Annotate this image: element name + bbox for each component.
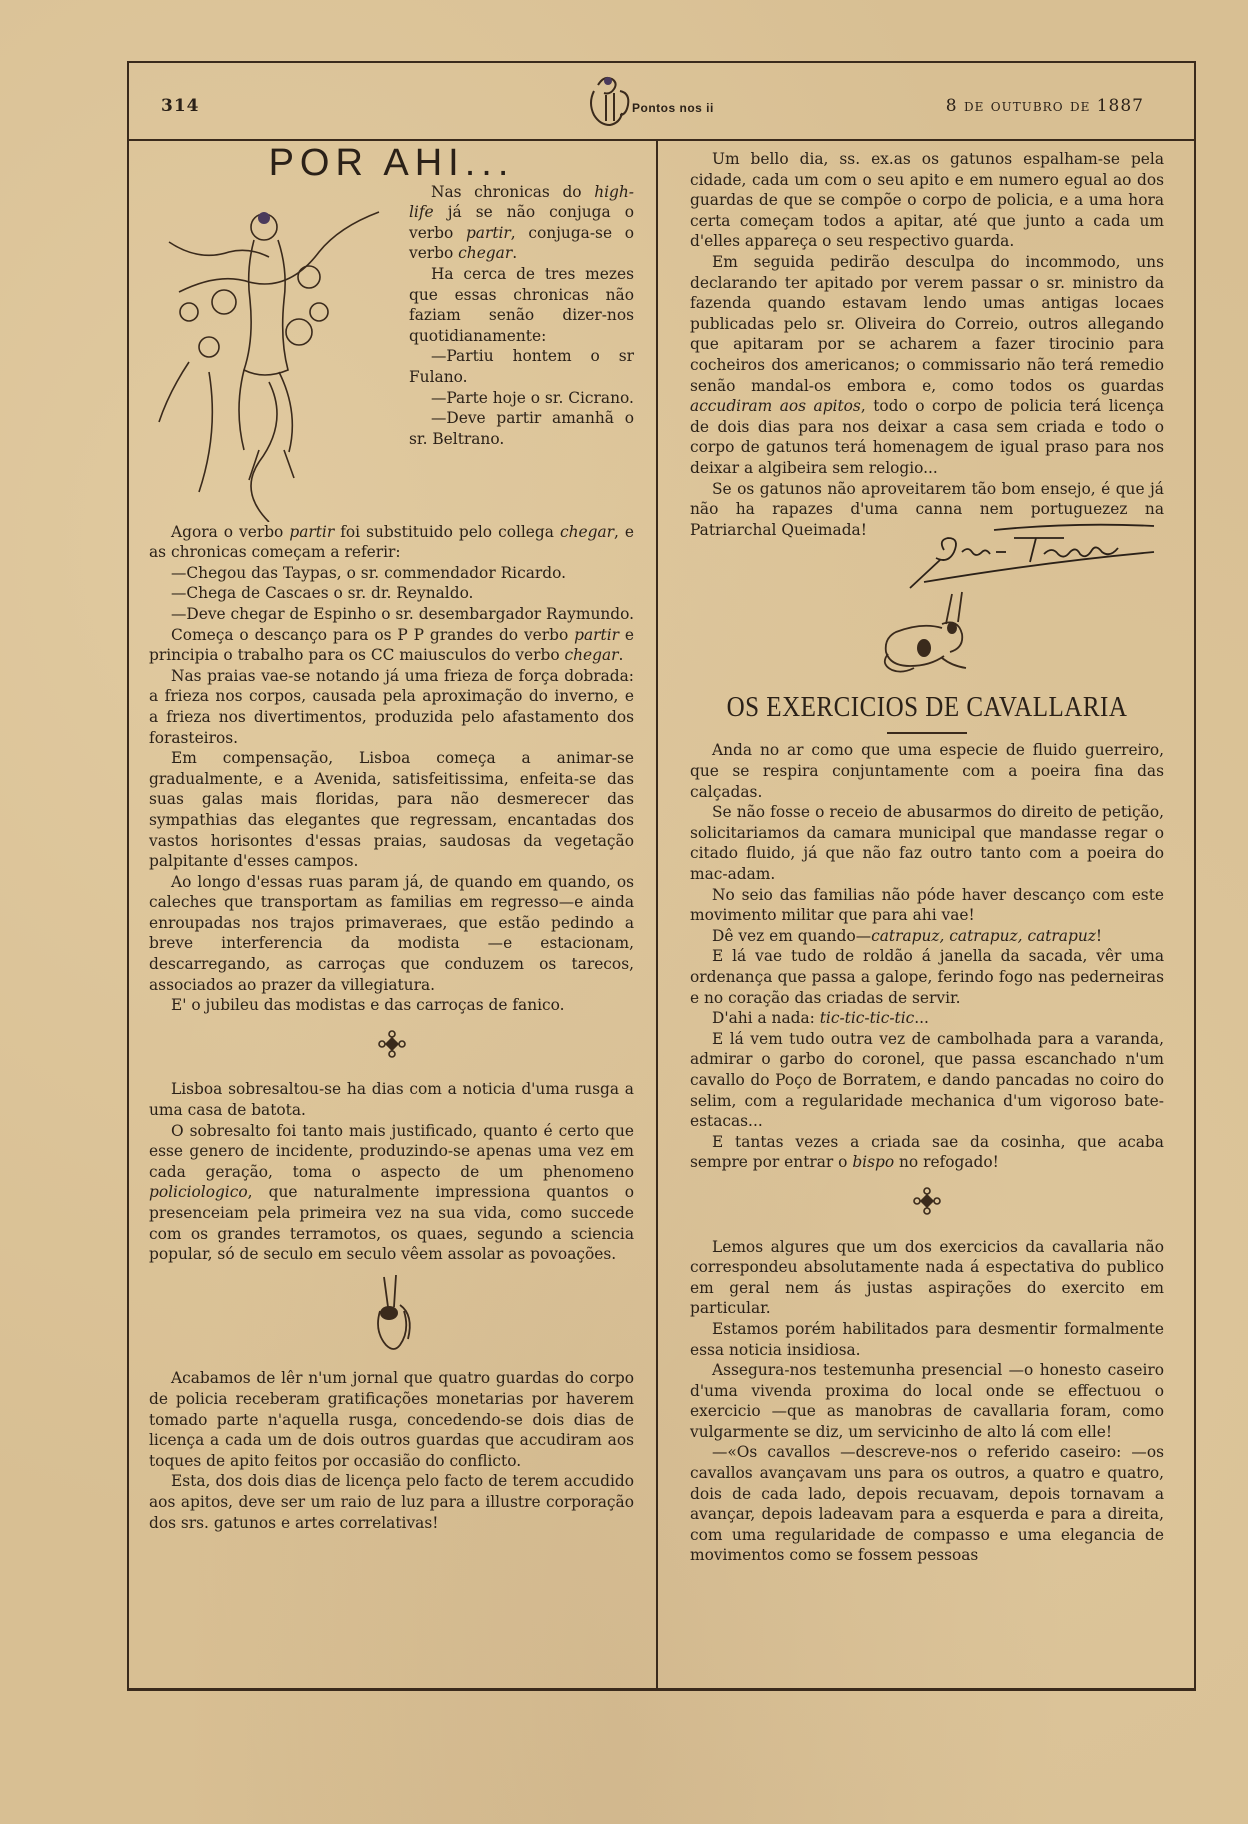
paragraph: E tantas vezes a criada sae da cosinha, … — [690, 1132, 1164, 1173]
masthead: Pontos nos ii — [584, 68, 734, 134]
rabbit-head-illustration — [149, 1271, 634, 1361]
masthead-figure-icon — [584, 71, 636, 131]
title-rule — [887, 732, 967, 734]
signature-pan-tarantula-icon — [884, 522, 1164, 592]
paragraph: No seio das familias não póde haver desc… — [690, 885, 1164, 926]
paragraph: Esta, dos dois dias de licença pelo fact… — [149, 1471, 634, 1533]
paragraph: Começa o descanço para os P P grandes do… — [149, 625, 634, 666]
woman-with-flowers-illustration — [149, 182, 399, 522]
paragraph: Estamos porém habilitados para desmentir… — [690, 1319, 1164, 1360]
paragraph: Assegura-nos testemunha presencial —o ho… — [690, 1360, 1164, 1442]
paragraph: —Deve chegar de Espinho o sr. desembarga… — [149, 604, 634, 625]
rabbit-head-icon — [362, 1271, 422, 1355]
paragraph: —«Os cavallos —descreve-nos o referido c… — [690, 1442, 1164, 1566]
page-number: 314 — [161, 96, 200, 116]
columns: POR AHI... Nas chronica — [129, 139, 1194, 1688]
paragraph: Se não fosse o receio de abusarmos do di… — [690, 802, 1164, 884]
paragraph: Nas praias vae-se notando já uma frieza … — [149, 666, 634, 748]
left-column: POR AHI... Nas chronica — [129, 139, 656, 1688]
page-frame: 314 Pontos nos ii 8 de outubro de 1887 P… — [127, 61, 1196, 1691]
paragraph: Em seguida pedirão desculpa do incommodo… — [690, 252, 1164, 479]
paragraph: Ao longo d'essas ruas param já, de quand… — [149, 872, 634, 996]
section-title-exercicios: OS EXERCICIOS DE CAVALLARIA — [690, 696, 1164, 720]
ornament-divider — [149, 1030, 634, 1064]
paragraph: Agora o verbo partir foi substituido pel… — [149, 522, 634, 563]
running-rabbit-illustration — [690, 588, 1164, 690]
paragraph: —Chega de Cascaes o sr. dr. Reynaldo. — [149, 583, 634, 604]
page-header: 314 Pontos nos ii 8 de outubro de 1887 — [129, 63, 1194, 141]
right-column: Um bello dia, ss. ex.as os gatunos espal… — [658, 139, 1194, 1688]
paragraph: Dê vez em quando—catrapuz, catrapuz, cat… — [690, 926, 1164, 947]
running-rabbit-icon — [872, 588, 982, 684]
paragraph: E lá vem tudo outra vez de cambolhada pa… — [690, 1029, 1164, 1132]
paragraph: D'ahi a nada: tic-tic-tic-tic... — [690, 1008, 1164, 1029]
paragraph: Lisboa sobresaltou-se ha dias com a noti… — [149, 1079, 634, 1120]
masthead-title: Pontos nos ii — [632, 101, 714, 115]
fleuron-icon — [913, 1187, 941, 1215]
section-title-por-ahi: POR AHI... — [149, 153, 634, 174]
paragraph: O sobresalto foi tanto mais justificado,… — [149, 1121, 634, 1265]
fleuron-icon — [378, 1030, 406, 1058]
ornament-divider — [690, 1187, 1164, 1221]
issue-date: 8 de outubro de 1887 — [946, 96, 1144, 116]
paragraph: Em compensação, Lisboa começa a animar-s… — [149, 748, 634, 872]
paragraph: Um bello dia, ss. ex.as os gatunos espal… — [690, 149, 1164, 252]
paragraph: Anda no ar como que uma especie de fluid… — [690, 740, 1164, 802]
paragraph: E' o jubileu das modistas e das carroças… — [149, 995, 634, 1016]
paragraph: Acabamos de lêr n'um jornal que quatro g… — [149, 1368, 634, 1471]
paragraph: E lá vae tudo de roldão á janella da sac… — [690, 946, 1164, 1008]
paragraph: —Chegou das Taypas, o sr. commendador Ri… — [149, 563, 634, 584]
paragraph: Lemos algures que um dos exercicios da c… — [690, 1237, 1164, 1319]
